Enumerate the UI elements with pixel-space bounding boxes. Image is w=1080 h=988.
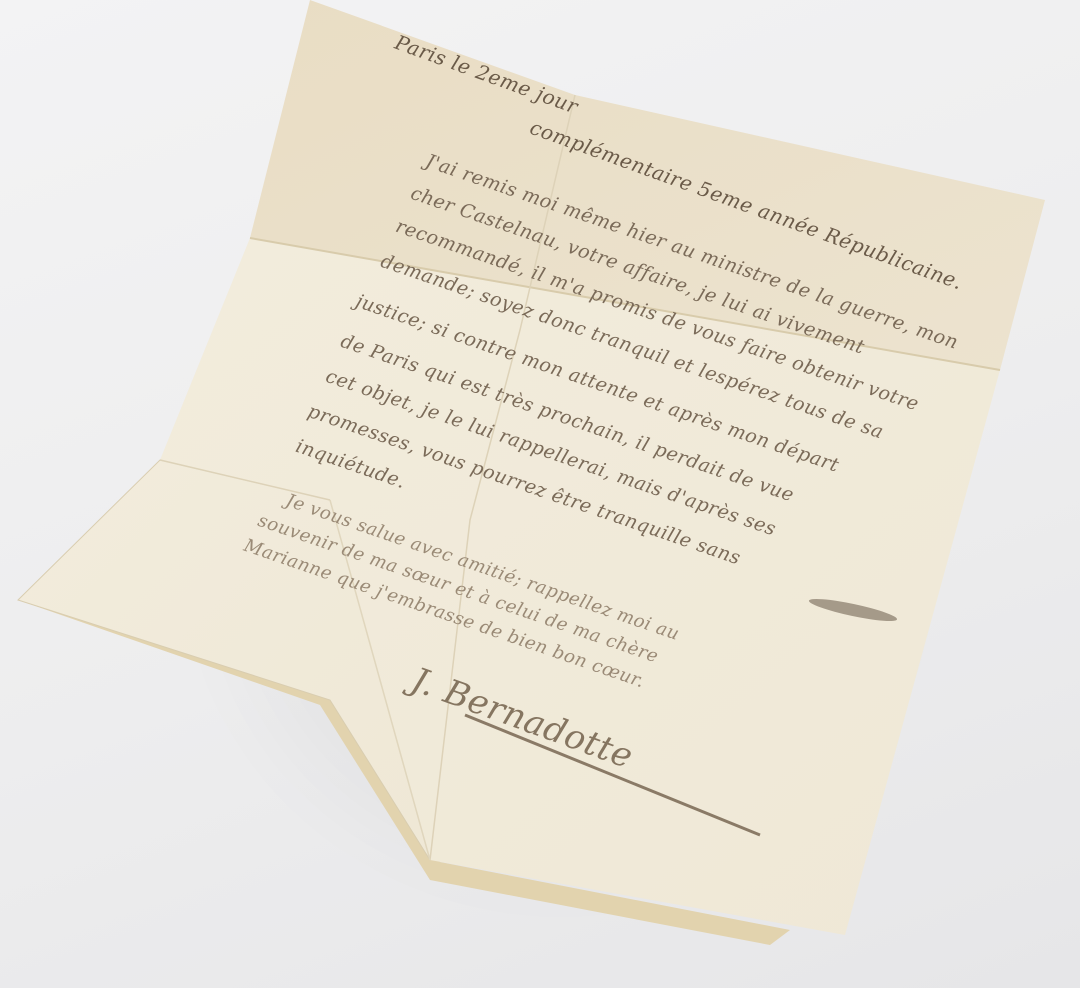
photo-scene: Paris le 2eme jour complémentaire 5eme a… [0, 0, 1080, 988]
